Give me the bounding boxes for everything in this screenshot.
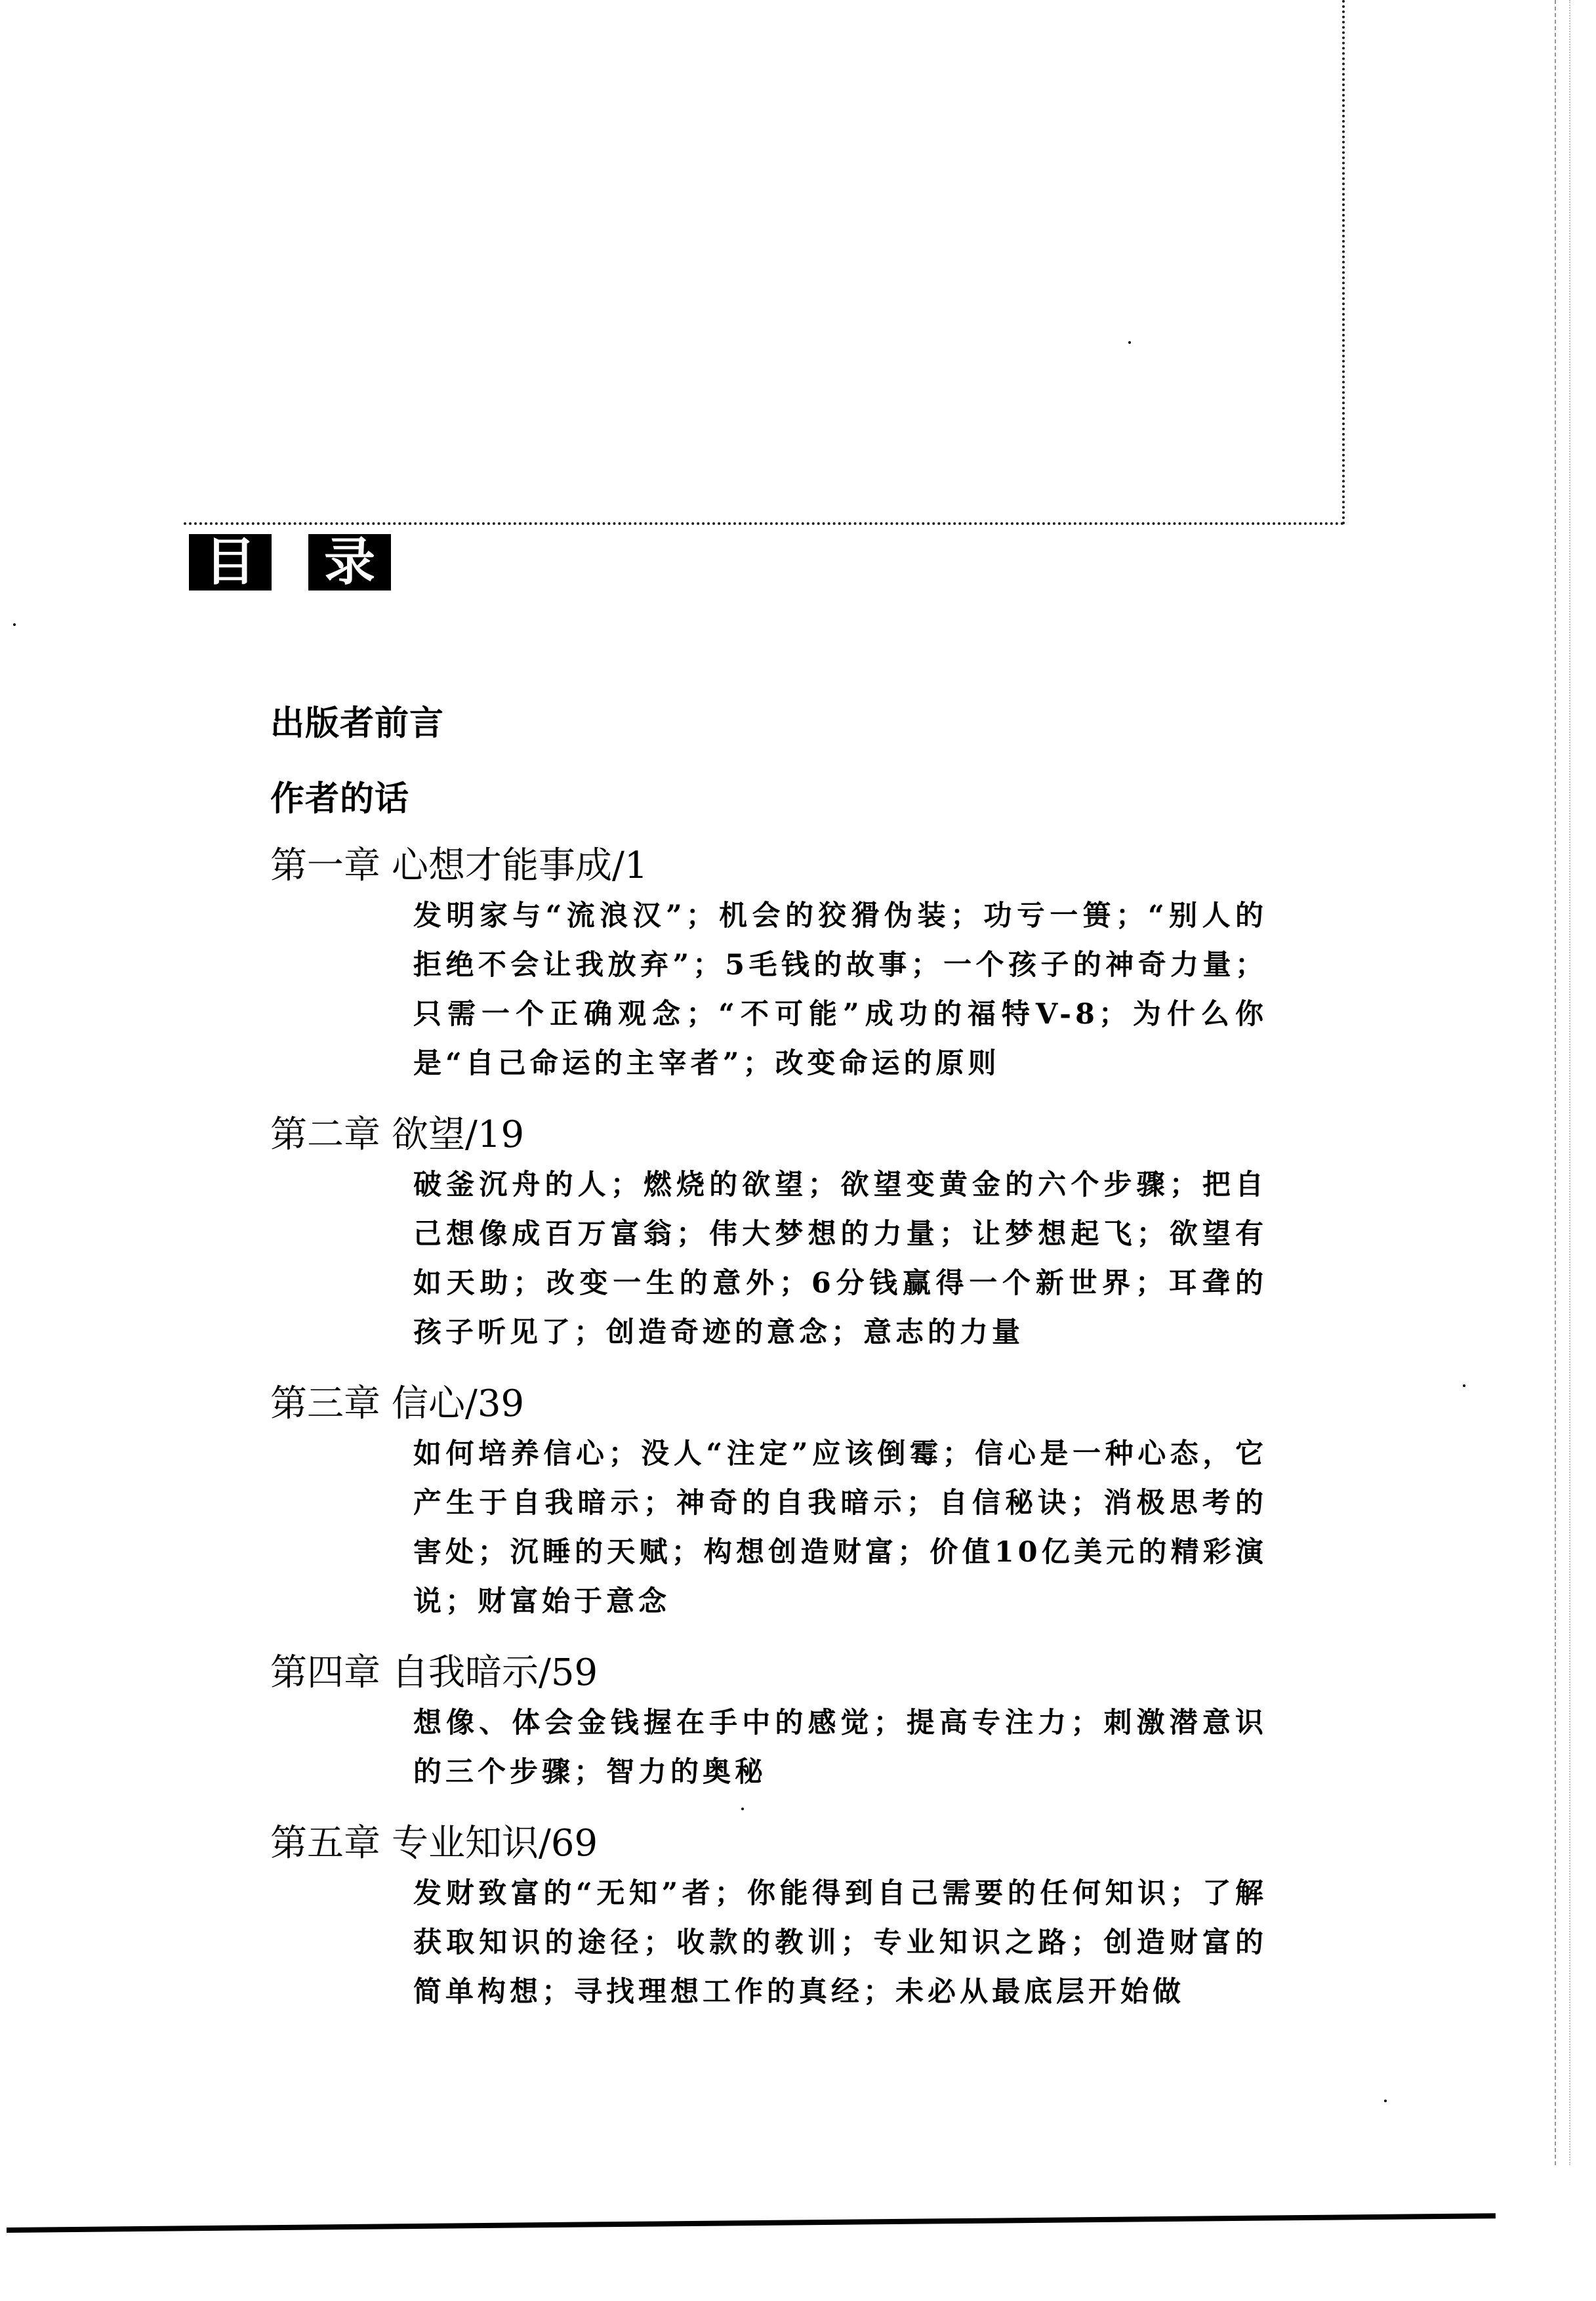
chapter-summary: 发财致富的“无知”者；你能得到自己需要的任何知识；了解获取知识的途径；收款的教训… bbox=[413, 1869, 1267, 2017]
scan-speck bbox=[13, 623, 16, 626]
chapter-heading[interactable]: 第一章心想才能事成/1 bbox=[270, 843, 1267, 889]
toc-entry-publisher-preface[interactable]: 出版者前言 bbox=[270, 695, 444, 745]
chapter-number: 第五章 bbox=[270, 1821, 392, 1867]
toc-chapter-2: 第二章欲望/19 破釜沉舟的人；燃烧的欲望；欲望变黄金的六个步骤；把自己想像成百… bbox=[270, 1112, 1267, 1358]
chapter-summary: 如何培养信心；没人“注定”应该倒霉；信心是一种心态，它产生于自我暗示；神奇的自我… bbox=[413, 1430, 1267, 1627]
toc-chapter-5: 第五章专业知识/69 发财致富的“无知”者；你能得到自己需要的任何知识；了解获取… bbox=[270, 1821, 1267, 2017]
chapter-number: 第一章 bbox=[270, 843, 392, 889]
chapter-number: 第三章 bbox=[270, 1381, 392, 1427]
chapter-heading[interactable]: 第五章专业知识/69 bbox=[270, 1821, 1267, 1867]
toc-chapter-4: 第四章自我暗示/59 想像、体会金钱握在手中的感觉；提高专注力；刺激潜意识的三个… bbox=[270, 1650, 1267, 1797]
chapter-heading[interactable]: 第四章自我暗示/59 bbox=[270, 1650, 1267, 1696]
chapter-summary: 想像、体会金钱握在手中的感觉；提高专注力；刺激潜意识的三个步骤；智力的奥秘 bbox=[413, 1699, 1267, 1797]
toc-chapter-1: 第一章心想才能事成/1 发明家与“流浪汉”；机会的狡猾伪装；功亏一篑；“别人的拒… bbox=[270, 843, 1267, 1088]
chapter-heading[interactable]: 第二章欲望/19 bbox=[270, 1112, 1267, 1158]
chapter-summary: 发明家与“流浪汉”；机会的狡猾伪装；功亏一篑；“别人的拒绝不会让我放弃”；5毛钱… bbox=[413, 892, 1267, 1088]
scan-speck bbox=[1384, 2100, 1387, 2102]
toc-chapter-3: 第三章信心/39 如何培养信心；没人“注定”应该倒霉；信心是一种心态，它产生于自… bbox=[270, 1381, 1267, 1627]
toc-title-char-2: 录 bbox=[308, 534, 391, 591]
scan-speck bbox=[1128, 341, 1131, 344]
scan-speck bbox=[741, 1808, 744, 1810]
chapter-number: 第二章 bbox=[270, 1112, 392, 1158]
toc-title-char-1: 目 bbox=[189, 534, 272, 591]
chapter-title: 信心/39 bbox=[392, 1382, 524, 1425]
chapter-heading[interactable]: 第三章信心/39 bbox=[270, 1381, 1267, 1427]
chapter-summary: 破釜沉舟的人；燃烧的欲望；欲望变黄金的六个步骤；把自己想像成百万富翁；伟大梦想的… bbox=[413, 1161, 1267, 1358]
chapter-number: 第四章 bbox=[270, 1650, 392, 1696]
chapter-title: 专业知识/69 bbox=[392, 1822, 598, 1865]
chapter-title: 自我暗示/59 bbox=[392, 1651, 598, 1694]
scan-speck bbox=[1463, 1384, 1465, 1387]
toc-entry-author-note[interactable]: 作者的话 bbox=[270, 771, 409, 820]
chapter-title: 心想才能事成/1 bbox=[392, 844, 648, 887]
scan-dotted-frame bbox=[184, 0, 1345, 525]
scan-page-edge-secondary bbox=[1569, 0, 1572, 2165]
chapter-title: 欲望/19 bbox=[392, 1113, 524, 1156]
scan-page-edge bbox=[1555, 0, 1558, 2165]
scan-bottom-rule bbox=[7, 2213, 1496, 2233]
